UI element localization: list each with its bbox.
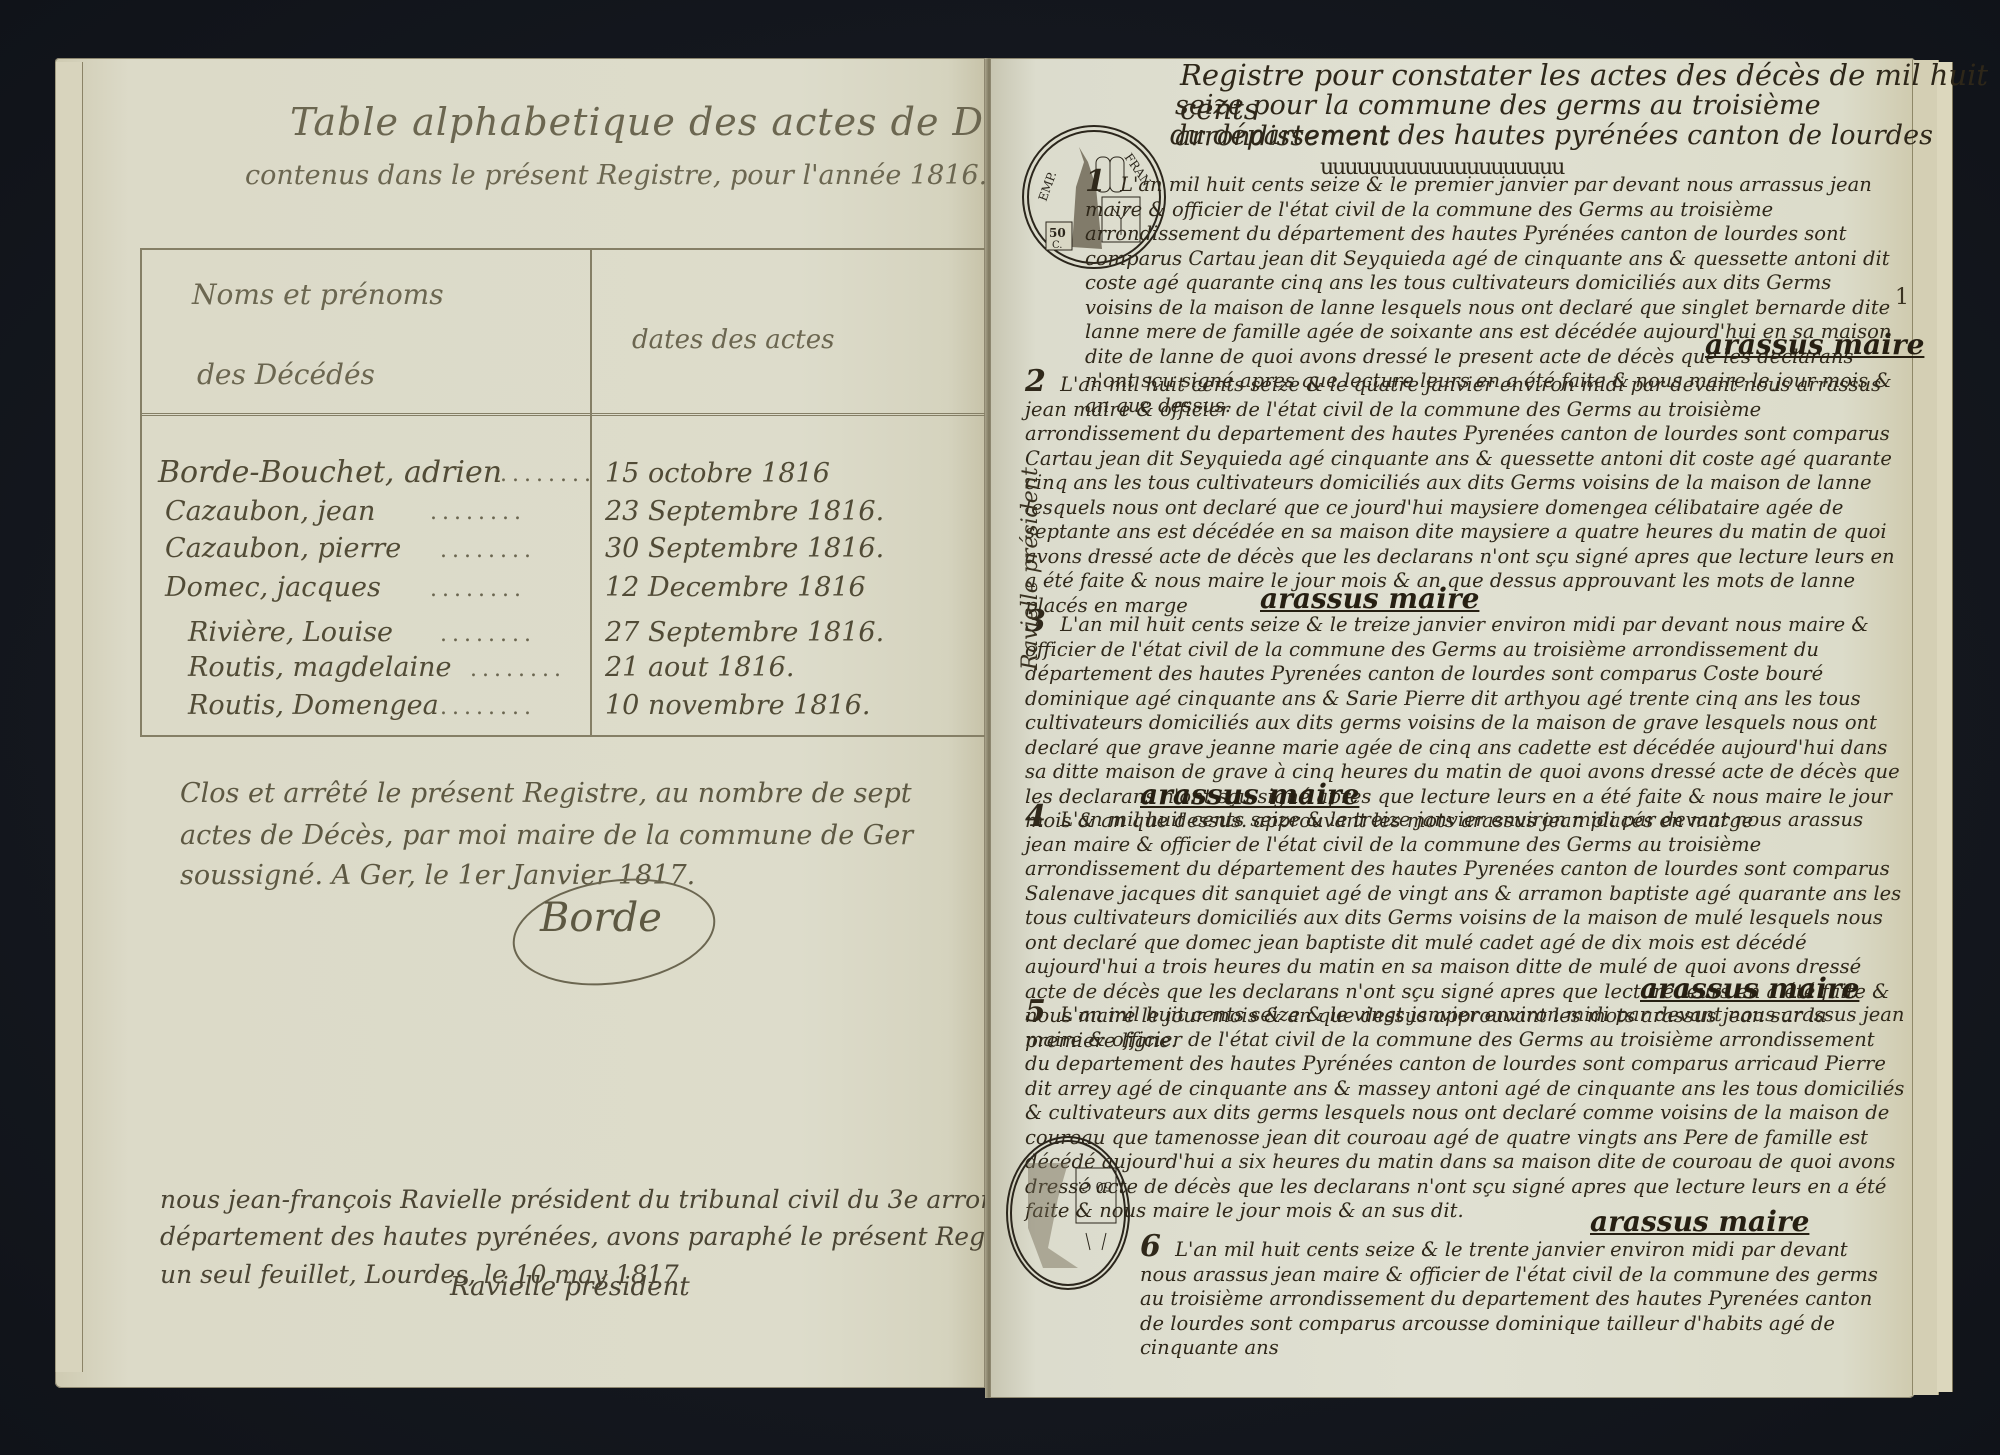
- row-date: 10 novembre 1816.: [605, 690, 870, 721]
- stamp-value: 50 C.: [1078, 1178, 1112, 1193]
- death-record-entry: 2 L'an mil huit cents seize & le quatre …: [1025, 370, 1905, 618]
- entry-number: 4: [1025, 799, 1046, 834]
- entry-signature: arassus maire: [1705, 328, 1924, 361]
- table-title: Table alphabetique des actes de Décès: [290, 100, 1074, 144]
- leader-dots: ........: [430, 500, 526, 525]
- row-name: Routis, Domengea: [188, 690, 439, 721]
- row-name: Rivière, Louise: [188, 617, 393, 648]
- register-header-line-3: du département des hautes pyrénées canto…: [1170, 120, 1933, 151]
- page-mark: 1: [1895, 285, 1909, 310]
- row-name: Routis, magdelaine: [188, 652, 451, 683]
- leader-dots: ........: [440, 538, 536, 563]
- entry-number: 1: [1085, 164, 1106, 199]
- mayor-signature: Borde: [540, 895, 662, 941]
- entry-number: 5: [1025, 994, 1046, 1029]
- closing-line-1: Clos et arrêté le présent Registre, au n…: [180, 778, 912, 809]
- svg-text:50: 50: [1049, 226, 1066, 240]
- row-name: Cazaubon, pierre: [165, 533, 401, 564]
- svg-text:C.: C.: [1052, 240, 1062, 251]
- entry-text: L'an mil huit cents seize & le trente ja…: [1140, 1238, 1878, 1359]
- leader-dots: ........: [500, 462, 596, 487]
- row-name: Domec, jacques: [165, 572, 381, 603]
- death-record-entry: 5 L'an mil huit cents seize & le vingt j…: [1025, 1000, 1905, 1224]
- row-date: 15 octobre 1816: [605, 458, 830, 489]
- row-name: Borde-Bouchet, adrien: [158, 455, 502, 490]
- header-dates: dates des actes: [632, 325, 834, 355]
- right-page-edge: [1912, 60, 1939, 1395]
- entry-text: L'an mil huit cents seize & le quatre ja…: [1025, 373, 1895, 617]
- row-date: 27 Septembre 1816.: [605, 617, 884, 648]
- entry-text: L'an mil huit cents seize & le vingt jan…: [1025, 1003, 1904, 1222]
- president-signature: Ravielle président: [450, 1272, 690, 1302]
- left-page-edge: [55, 62, 83, 1372]
- header-names-line1: Noms et prénoms: [192, 278, 444, 311]
- right-page-edge-outer: [1937, 62, 1953, 1392]
- tax-stamp-icon: 50 C.: [1006, 1136, 1130, 1290]
- row-name: Cazaubon, jean: [165, 496, 375, 527]
- death-record-entry: 6 L'an mil huit cents seize & le trente …: [1140, 1235, 1900, 1361]
- row-date: 21 aout 1816.: [605, 652, 794, 683]
- row-date: 23 Septembre 1816.: [605, 496, 884, 527]
- stamp-left-text: EMP.: [1036, 170, 1060, 203]
- table-header: Noms et prénoms des Décédés dates des ac…: [142, 250, 987, 416]
- leader-dots: ........: [440, 622, 536, 647]
- column-divider: [590, 250, 592, 735]
- entry-signature: arassus maire: [1590, 1205, 1809, 1238]
- leader-dots: ........: [430, 577, 526, 602]
- leader-dots: ........: [470, 657, 566, 682]
- entry-number: 2: [1025, 364, 1046, 399]
- closing-line-2: actes de Décès, par moi maire de la comm…: [180, 820, 913, 851]
- leader-dots: ........: [440, 695, 536, 720]
- row-date: 30 Septembre 1816.: [605, 533, 884, 564]
- entry-number: 6: [1140, 1229, 1161, 1264]
- row-date: 12 Decembre 1816: [605, 572, 866, 603]
- header-names-line2: des Décédés: [197, 358, 375, 391]
- vertical-margin-note: Ravielle président: [1018, 467, 1043, 670]
- table-subtitle: contenus dans le présent Registre, pour …: [245, 160, 987, 191]
